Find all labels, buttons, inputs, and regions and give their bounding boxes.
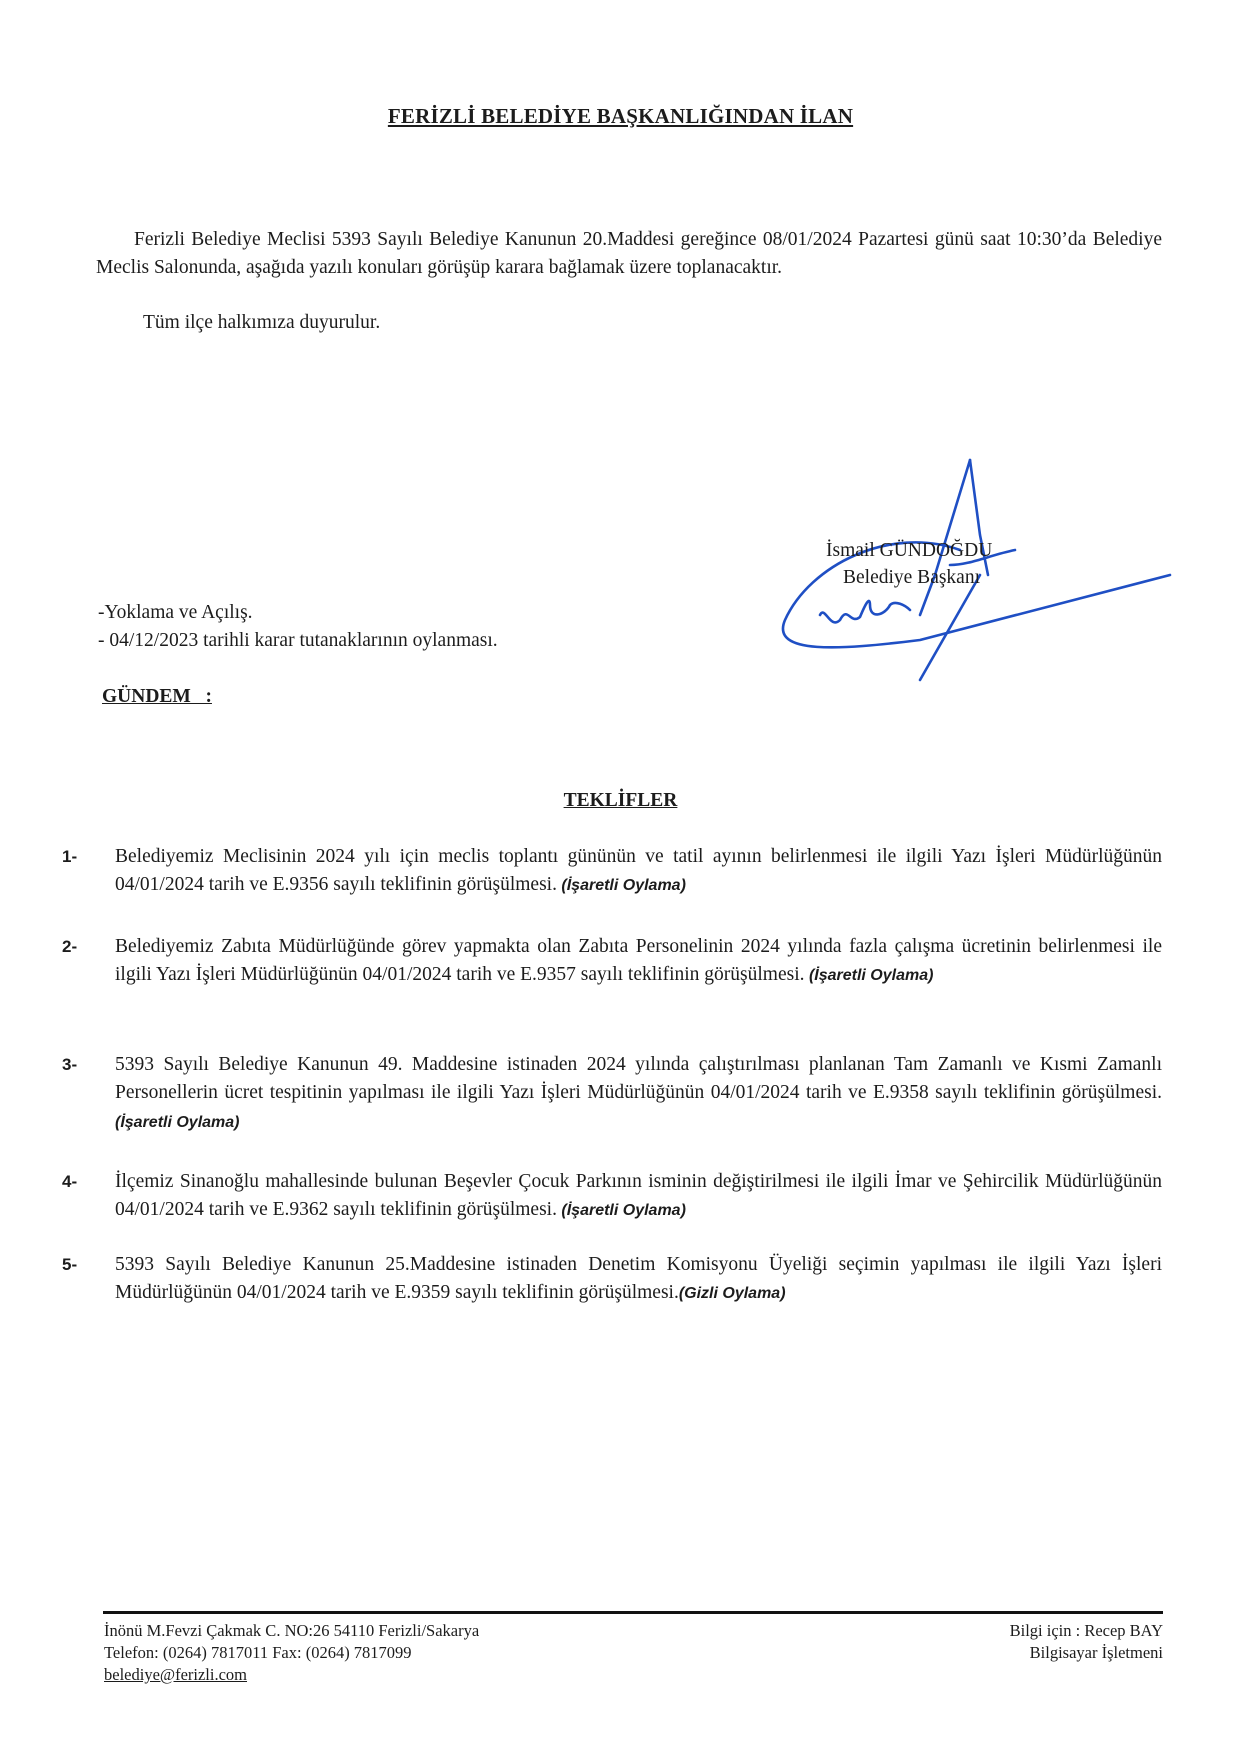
footer-contact-role: Bilgisayar İşletmeni [1010,1642,1163,1664]
vote-type: (İşaretli Oylama) [557,877,686,894]
proposal-number: 5- [62,1251,77,1279]
signatory-role: Belediye Başkanı [843,567,980,589]
proposal-item: 2- Belediyemiz Zabıta Müdürlüğünde görev… [62,933,1162,990]
proposal-text: Belediyemiz Zabıta Müdürlüğünde görev ya… [115,936,1162,985]
vote-type: (Gizli Oylama) [679,1285,786,1302]
signatory-name: İsmail GÜNDOĞDU [826,540,992,562]
proposal-item: 1- Belediyemiz Meclisinin 2024 yılı için… [62,843,1162,900]
proposal-item: 3- 5393 Sayılı Belediye Kanunun 49. Madd… [62,1051,1162,1137]
footer-contact-person: Bilgi için : Recep BAY [1010,1620,1163,1642]
vote-type: (İşaretli Oylama) [805,967,934,984]
preliminary-item: - 04/12/2023 tarihli karar tutanaklarını… [98,630,498,652]
proposal-item: 5- 5393 Sayılı Belediye Kanunun 25.Madde… [62,1251,1162,1308]
proposal-number: 2- [62,933,77,961]
proposal-item: 4- İlçemiz Sinanoğlu mahallesinde buluna… [62,1168,1162,1225]
vote-type: (İşaretli Oylama) [557,1202,686,1219]
public-notice: Tüm ilçe halkımıza duyurulur. [143,312,380,334]
footer-email-link[interactable]: belediye@ferizli.com [104,1665,247,1684]
proposal-number: 1- [62,843,77,871]
footer-contact-info: İnönü M.Fevzi Çakmak C. NO:26 54110 Feri… [104,1620,479,1686]
intro-paragraph: Ferizli Belediye Meclisi 5393 Sayılı Bel… [96,226,1162,282]
footer-info-contact: Bilgi için : Recep BAY Bilgisayar İşletm… [1010,1620,1163,1664]
proposal-text: 5393 Sayılı Belediye Kanunun 25.Maddesin… [115,1254,1162,1303]
agenda-heading: GÜNDEM : [102,686,212,708]
footer-address: İnönü M.Fevzi Çakmak C. NO:26 54110 Feri… [104,1620,479,1642]
proposal-number: 3- [62,1051,77,1079]
proposals-heading: TEKLİFLER [0,790,1241,812]
document-title: FERİZLİ BELEDİYE BAŞKANLIĞINDAN İLAN [0,104,1241,129]
preliminary-item: -Yoklama ve Açılış. [98,602,253,624]
proposal-text: 5393 Sayılı Belediye Kanunun 49. Maddesi… [115,1054,1162,1103]
footer-divider [103,1611,1163,1614]
proposal-number: 4- [62,1168,77,1196]
vote-type: (İşaretli Oylama) [115,1114,240,1131]
footer-phone: Telefon: (0264) 7817011 Fax: (0264) 7817… [104,1642,479,1664]
